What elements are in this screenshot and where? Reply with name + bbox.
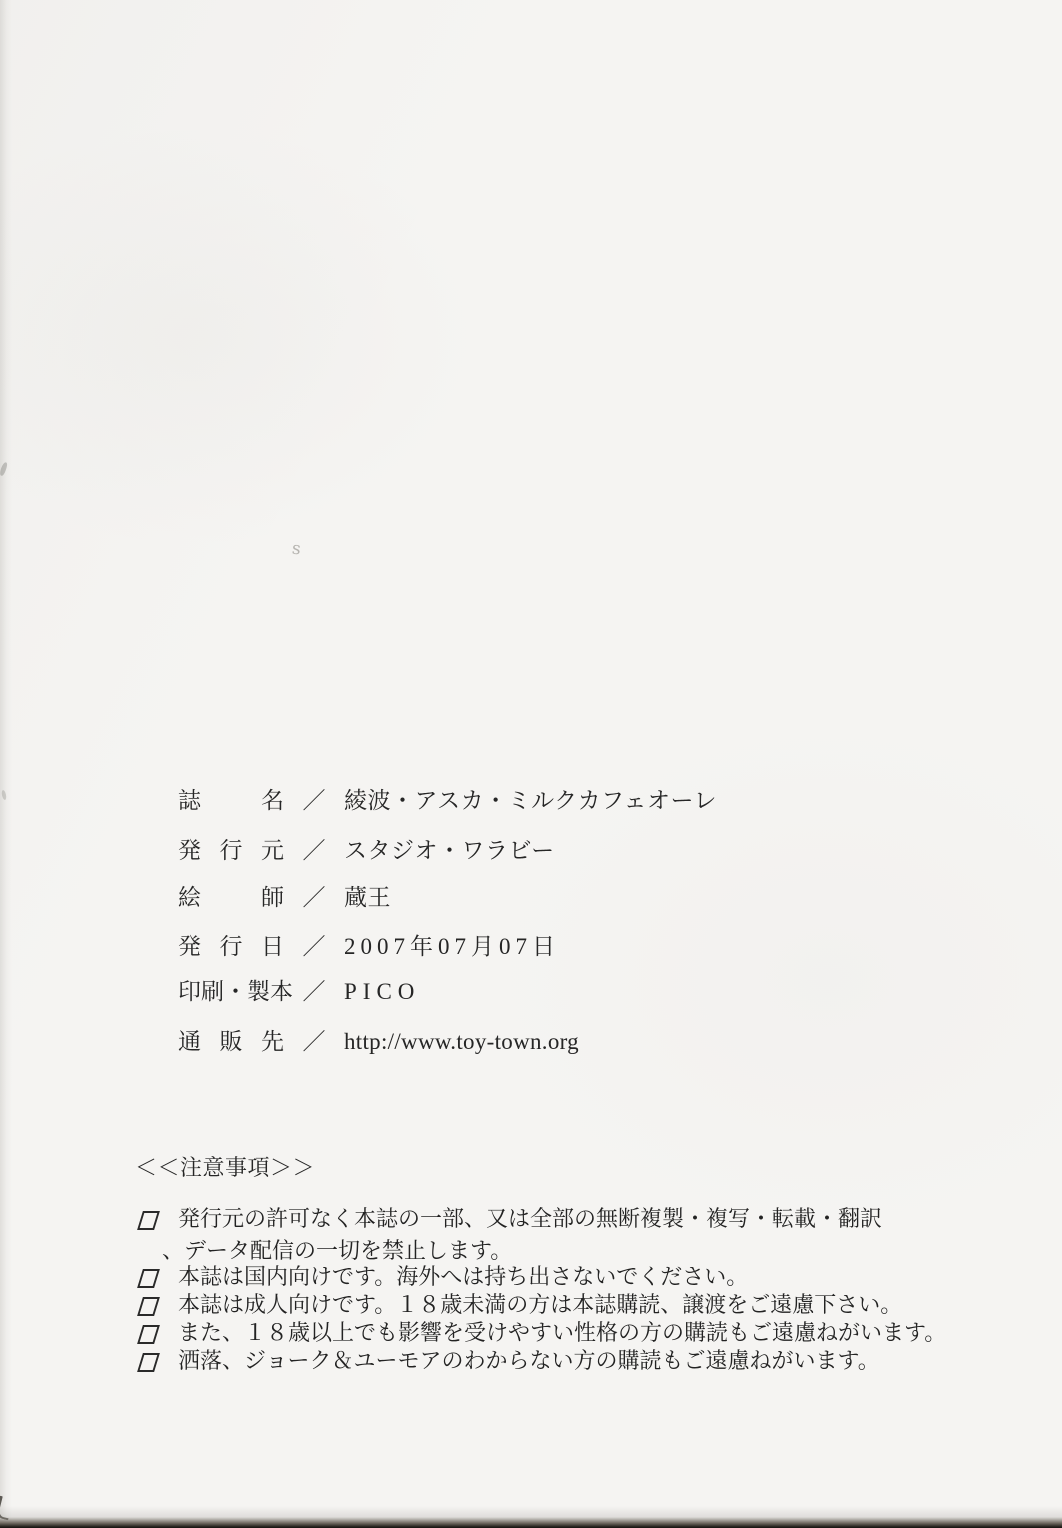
parallelogram-bullet-icon [137, 1353, 160, 1372]
colophon-label: 発行日 [178, 932, 284, 962]
parallelogram-bullet-icon [137, 1269, 160, 1288]
colophon-value-artist: 蔵王 [344, 883, 391, 913]
slash-separator: ／ [284, 883, 344, 913]
paper-left-edge-texture [0, 0, 12, 1528]
notice-line: 発行元の許可なく本誌の一部、又は全部の無断複製・複写・転載・翻訳 [178, 1203, 882, 1235]
slash-separator: ／ [284, 786, 344, 816]
colophon-row-shop-url: 通販先 ／ http://www.toy-town.org [178, 1027, 579, 1057]
colophon-row-date: 発行日 ／ 2007年07月07日 [178, 932, 560, 962]
parallelogram-bullet-icon [137, 1297, 160, 1316]
colophon-label: 誌名 [178, 786, 284, 816]
colophon-label: 絵師 [178, 883, 284, 913]
colophon-row-title: 誌名 ／ 綾波・アスカ・ミルクカフェオーレ [178, 786, 717, 816]
colophon-value-title: 綾波・アスカ・ミルクカフェオーレ [344, 786, 717, 816]
colophon-value-url: http://www.toy-town.org [344, 1027, 579, 1057]
colophon-value-printer: PICO [344, 977, 420, 1007]
colophon-value-date: 2007年07月07日 [344, 932, 560, 962]
slash-separator: ／ [284, 932, 344, 962]
colophon-value-publisher: スタジオ・ワラビー [344, 836, 555, 866]
parallelogram-bullet-icon [137, 1325, 160, 1344]
notice-item: 洒落、ジョーク＆ユーモアのわからない方の購読もご遠慮ねがいます。 [140, 1345, 880, 1377]
colophon-row-publisher: 発行元 ／ スタジオ・ワラビー [178, 836, 555, 866]
notice-line: 洒落、ジョーク＆ユーモアのわからない方の購読もご遠慮ねがいます。 [178, 1345, 880, 1377]
notice-item: 発行元の許可なく本誌の一部、又は全部の無断複製・複写・転載・翻訳 、データ配信の… [140, 1203, 882, 1267]
notice-title: ＜＜注意事項＞＞ [135, 1151, 315, 1182]
colophon-label: 印刷・製本 [178, 977, 284, 1007]
scanned-page: s 誌名 ／ 綾波・アスカ・ミルクカフェオーレ 発行元 ／ スタジオ・ワラビー … [0, 0, 1062, 1528]
slash-separator: ／ [284, 977, 344, 1007]
slash-separator: ／ [284, 1027, 344, 1057]
colophon-row-artist: 絵師 ／ 蔵王 [178, 883, 391, 913]
colophon-label: 通販先 [178, 1027, 284, 1057]
scanner-bottom-edge [0, 1506, 1062, 1528]
slash-separator: ／ [284, 836, 344, 866]
colophon-row-printer: 印刷・製本 ／ PICO [178, 977, 420, 1007]
colophon-label: 発行元 [178, 836, 284, 866]
parallelogram-bullet-icon [137, 1211, 160, 1230]
faint-smudge-mark: s [291, 539, 302, 560]
